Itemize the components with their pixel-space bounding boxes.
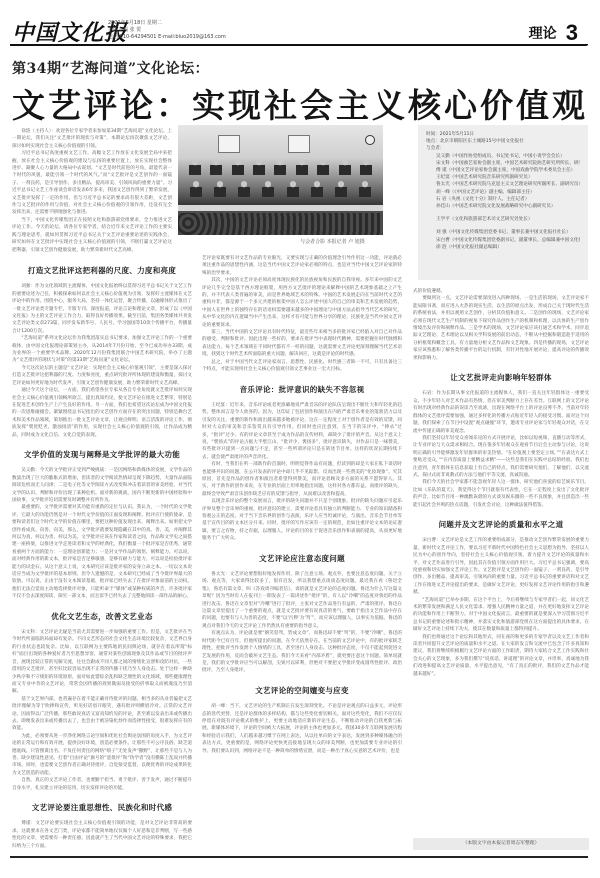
section-heading: 问题并及文艺评论的质量和水平之道 [413,521,589,528]
masthead-rule [10,44,588,46]
masthead-meta: 2021年5月18日 星期二 本版责编 张 贺 电话:010-64294501 … [108,20,226,41]
photo-caption: 与会者合影 本报记者 卢 旭摄 [300,238,365,245]
issue-date: 2021年5月18日 星期二 [108,20,226,27]
participant: 宋文科（中国曲艺家协会副主席，中国艺术研究院曲艺研究所所长、研究员） [426,160,580,167]
article-paragraph: 最重要的，文学批评需要对其功能有重新的定位与认识。我认为，一个时代的文学批评，它… [12,504,192,600]
article-paragraph: 刘强：作为文化领域的主流媒体，中国文化报始终以贯彻习近平总书记关于文艺工作的重要… [12,283,192,335]
section-heading: 打造文艺批评这把利器的尺度、力度和亮度 [12,267,192,274]
article-paragraph: 胡一峰：当下，文艺评论的生产机制正在发生深刻变化。不论是评论观点的日益多元，评论… [202,703,402,755]
masthead: 中国文化报 2021年5月18日 星期二 本版责编 张 贺 电话:010-642… [12,10,588,46]
article-paragraph: 我们坚持以年轻受众喜闻乐见的方式开展评论，比如以短视频、直播互动等形式，让专业评… [413,435,589,479]
participants-label: 与会者： [426,145,580,152]
article-paragraph: 有时，当我们在听一部新作的首演时，明明觉得作品有问题，但读到的却是大家在私下谈话… [202,461,402,498]
participant: 胡一峰（《中国文艺评论》副主编、编辑部主任） [426,189,580,196]
article-paragraph: 总之，对于中国当代文艺评论家而言，思想性、民族化、时代感三者缺一不可，只有具备这… [202,359,402,374]
section-heading: 文艺评论要注重思想性、民族化和时代感 [12,804,192,811]
forum-info-box: 时间：2021年5月11日 地点：北京市朝阳区东土城路15号中国文化报社 与会者… [418,125,588,280]
contact-info: 电话:010-64294501 E-mail:bluo2019@163.com [108,34,226,41]
seated-row [184,181,377,197]
page-editor: 本版责编 张 贺 [108,27,226,34]
article-paragraph: 自然，真正的文艺评论工作者，也要勤于担当、勇于批评、善于发声，通过不断提升自身水… [12,777,192,792]
section-heading: 文艺评论的空间嬗变与应变 [202,687,402,694]
article-paragraph: 石岩：作为长期从事文化报道的主流媒体人，我们一直关注年轻群体这一重要受众。不少年… [413,390,589,434]
footer-rule [10,856,588,858]
section-tag: 理论 3 [529,20,578,46]
forum-time: 时间：2021年5月11日 [426,131,580,138]
group-photo [178,125,383,235]
guest: 王学平（文化和旅游部艺术司文艺研究处处长） [426,216,580,223]
article-paragraph: 傅谨：文艺评论要实现社会主义核心价值观引领的功能，是对文艺评论非常高的要求。这就… [12,820,192,850]
article-paragraph: 宋白曹：文艺评论是文艺工作的重要组成部分，是推动文艺创作繁荣发展的重要力量。新时… [413,537,589,596]
flower-arrangement [178,213,383,235]
article-paragraph: 吴义勤：今天的文学批评正受到严峻挑战：一是因网络和新媒体的发展，文学作品的数量出… [12,467,192,504]
editor-note: （本版文字由本报记者周志军整理） [413,838,589,850]
article-paragraph: 今天这次论坛的主题是“文艺评论：实现社会主义核心价值观引领”，主要是深入探讨打造… [12,365,192,387]
wall-painting [288,135,310,153]
section-heading: 音乐评论：批评意识的缺失不容忽视 [202,386,402,393]
page-number: 3 [566,20,578,45]
host: 宋白曹（中国文化传媒集团党委副书记、副董事长、总编辑兼中国文化报社总编辑） [426,237,580,244]
participant: 石 岩（央视《文化十分》制片人、主任记者） [426,196,580,203]
article-paragraph: 有观点认为，评论就是要“嬉笑怒骂，皆成文章”，而鲁迅却不要“骂”的，不要“冷嘲”… [202,630,402,674]
article-paragraph: 艺评论家既要有对文艺作品的专业眼光，又要实现与正确的价值理念引导作用这一功能，评… [202,255,402,277]
section-heading: 文学价值的发现与阐释是文学批评的最大功能 [12,451,192,458]
middle-column: 艺评论家既要有对文艺作品的专业眼光，又要实现与正确的价值理念引导作用这一功能，评… [202,255,402,850]
section-heading: 优化文艺生态，改善文艺业态 [12,613,192,620]
participant: 鲁太光（中国艺术研究院马克思主义文艺理论研究所副所长、副研究员） [426,181,580,188]
article-paragraph: “艺海问道”已举办多期，在这个平台上，今后将继续与专家学者们一起，同文化艺术的繁… [413,597,589,634]
article-paragraph: “艺海问道”系列文化论坛作为我集团落实总书记要求，加强文艺评论工作的一个重要载体… [12,335,192,365]
right-column: 式的价值遵循。 要做到这一点，文艺评论需要深度进入四种现场。一是生活的现场，文艺… [413,288,589,850]
wall-clock-icon [365,135,375,145]
intro-paragraph: 当下，中国文化传媒集团正在按照文化和旅游部党组要求，全力推进文艺评论工作。今天的… [12,217,172,254]
participant: 孙佳山（中国艺术研究院文化发展战略研究中心副研究员） [426,203,580,210]
article-paragraph: 鲁太光：文艺评论要想很好地发挥作用，除了注意立场、观点外，也要注意态度问题。关于… [202,571,402,630]
intro-paragraph: 习近平总书记高度重视文艺工作，高瞻文艺工作放在文化发展全局中来把握，放在社会主义… [12,150,172,217]
participant: 王纪宴（中国艺术研究院音乐研究所副研究员） [426,174,580,181]
article-paragraph: 其次，中国的文艺评论必须高度体现民族化的民族视角和民族的自我审视。多年来中国的文… [202,277,402,329]
article-paragraph: 我们今天的社会学家都不能忽视年轻人这一群体，研究他们喜爱的综艺娱乐节目。比如《乐… [413,479,589,509]
participant: 傅 谨（中国文艺评论家协会副主席，中国戏曲学院学术委员会主任） [426,167,580,174]
article-paragraph: 要做到这一点，文艺评论需要深度进入四种现场。一是生活的现场，文艺评论家不能局限书… [413,295,589,362]
section-name: 理论 [529,26,557,42]
conference-table [178,205,383,211]
article-paragraph: 我们也将通过这个论坛和其他形式，同在座的和更多的专家学者以及文艺工作者和读者共同… [413,634,589,678]
article-paragraph: 式的价值遵循。 [413,288,589,295]
section-heading: 让文艺批评走向影响年轻群体 [413,374,589,381]
standing-row [184,159,377,175]
host: 刘 强（中国文化传媒集团党委书记、董事长兼中国文化报社社长） [426,229,580,236]
article-paragraph: 以现音乐评论的整个发展而言，批评的缺失问题并不只是个别现象。批评的缺失问题应引起… [202,498,402,542]
article-paragraph: 为此，必须要从进一步净化网络言论空间和优化社会舆论氛围的角度入手，为文艺评论的正… [12,733,192,777]
article-paragraph: 宋文科：文艺评论无疑是当前尤其需要进一步加强的重要工作。但是，文艺批评在当今时代… [12,629,192,696]
wall-calligraphy [218,135,240,153]
forum-place: 地点：北京市朝阳区东土城路15号中国文化报社 [426,138,580,145]
article-paragraph: 王纪宴：近年来，音乐评论或者更准确地说严肃音乐的评论队伍呈现出不断壮大和年轻化的… [202,402,402,461]
participant: 吴义勤（中国作协党组成员、书记处书记，中国小说学会会长） [426,153,580,160]
section-heading: 文艺评论应注意态度问题 [202,555,402,562]
headline-kicker: 第34期“艺海问道”文化论坛： [12,58,209,78]
article-paragraph: 通过今天这个论坛，一方面，我们希望各位专家从各自专业角度就文艺批评如何实现社会主… [12,387,192,439]
intro-paragraph: 徐涟（主持人）：欢迎各位专家学者来参加第34期“艺海问道”文化论坛。上一期论坛，… [12,128,172,150]
left-column: 打造文艺批评这把利器的尺度、力度和亮度 刘强：作为文化领域的主流媒体，中国文化报… [12,255,192,850]
article-paragraph: 第三，当代中国的文艺评论具有时代特征，最近些年来相当多的批评家已经陷入对自己对作… [202,329,402,359]
article-paragraph: 基于文艺界内部，也普遍存在着不能正确对待批评的问题。相当多的从业者偏把文艺批评理… [12,696,192,733]
host: 徐 涟（中国文化报社副总编辑） [426,244,580,251]
